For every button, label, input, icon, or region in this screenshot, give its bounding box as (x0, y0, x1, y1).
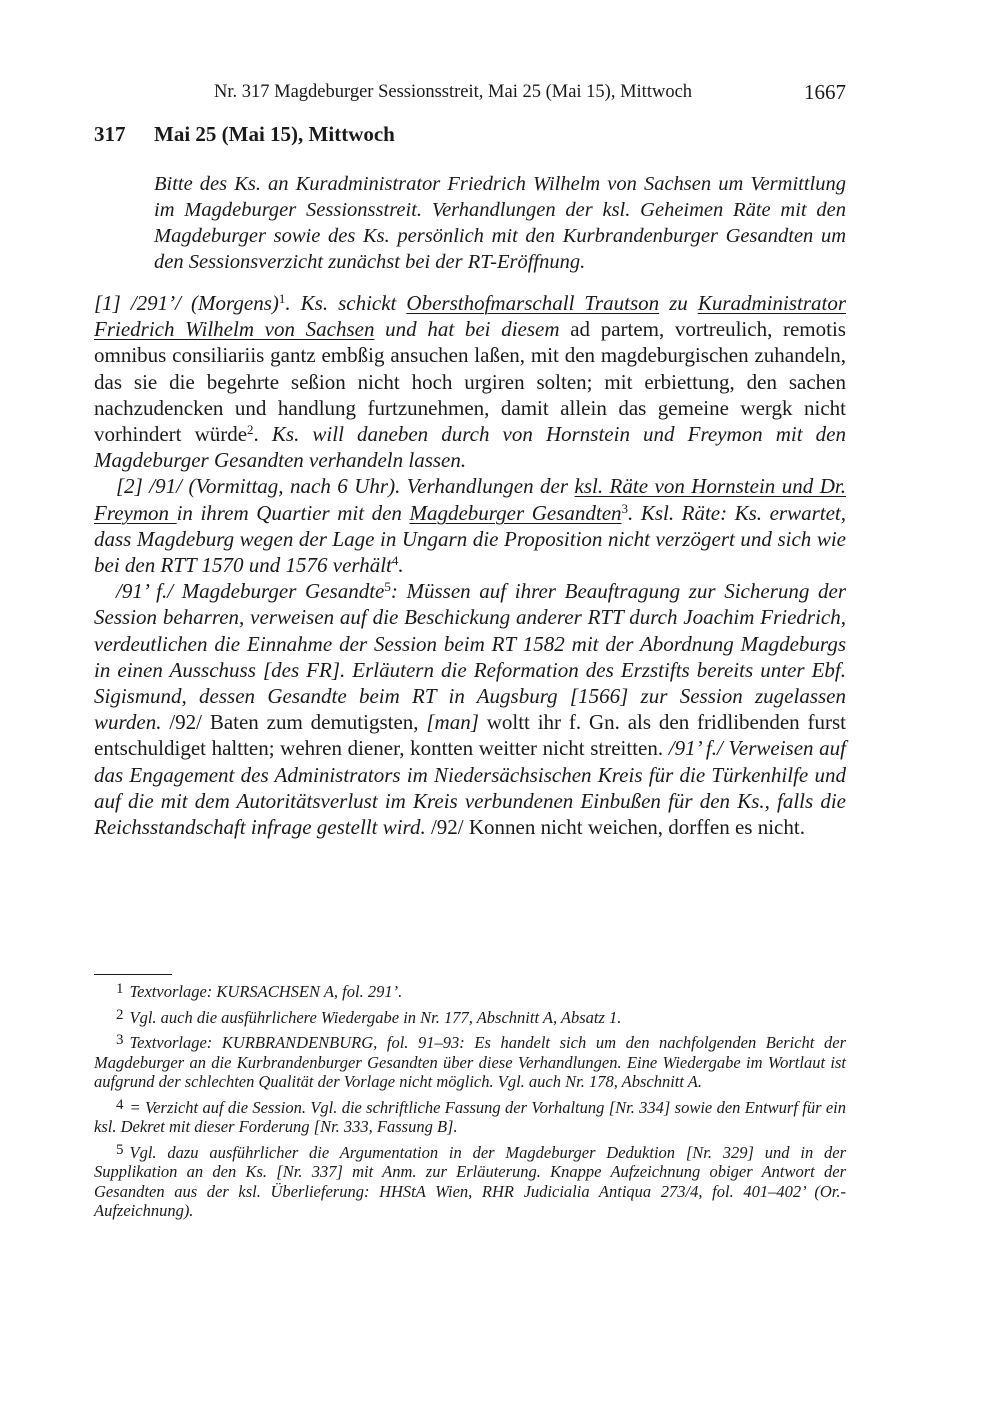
person-trautson: Obersthofmarschall Trautson (406, 291, 659, 315)
paragraph-1: [1] /291’/ (Morgens)1. Ks. schickt Obers… (94, 290, 846, 473)
footnote-2: 2Vgl. auch die ausführlichere Wiedergabe… (94, 1006, 846, 1028)
document-number: 317 (94, 122, 154, 147)
paragraph-3: /91’ f./ Magdeburger Gesandte5: Müssen a… (94, 578, 846, 840)
source-quote: /92/ Konnen nicht weichen, dorffen es ni… (426, 815, 805, 839)
document-date: Mai 25 (Mai 15), Mittwoch (154, 122, 395, 146)
footnote-3: 3Textvorlage: KURBRANDENBURG, fol. 91–93… (94, 1031, 846, 1092)
running-head: Nr. 317 Magdeburger Sessionsstreit, Mai … (94, 80, 846, 106)
footnote-5: 5Vgl. dazu ausführlicher die Argumentati… (94, 1141, 846, 1221)
footnote-divider (94, 974, 172, 975)
paragraph-2: [2] /91/ (Vormittag, nach 6 Uhr). Verhan… (94, 473, 846, 578)
regest-summary: Bitte des Ks. an Kuradministrator Friedr… (154, 171, 846, 275)
footnote-1: 1Textvorlage: KURSACHSEN A, fol. 291’. (94, 980, 846, 1002)
body-text: [1] /291’/ (Morgens)1. Ks. schickt Obers… (94, 290, 846, 840)
source-quote: /92/ Baten zum demutigsten, (161, 710, 426, 734)
footnote-4: 4= Verzicht auf die Session. Vgl. die sc… (94, 1096, 846, 1137)
document-heading: 317Mai 25 (Mai 15), Mittwoch (94, 122, 395, 147)
footnotes: 1Textvorlage: KURSACHSEN A, fol. 291’. 2… (94, 980, 846, 1225)
running-head-title: Nr. 317 Magdeburger Sessionsstreit, Mai … (214, 82, 692, 103)
page-number: 1667 (804, 80, 846, 105)
group-magdeburger-gesandten: Magdeburger Gesandten (409, 501, 621, 525)
